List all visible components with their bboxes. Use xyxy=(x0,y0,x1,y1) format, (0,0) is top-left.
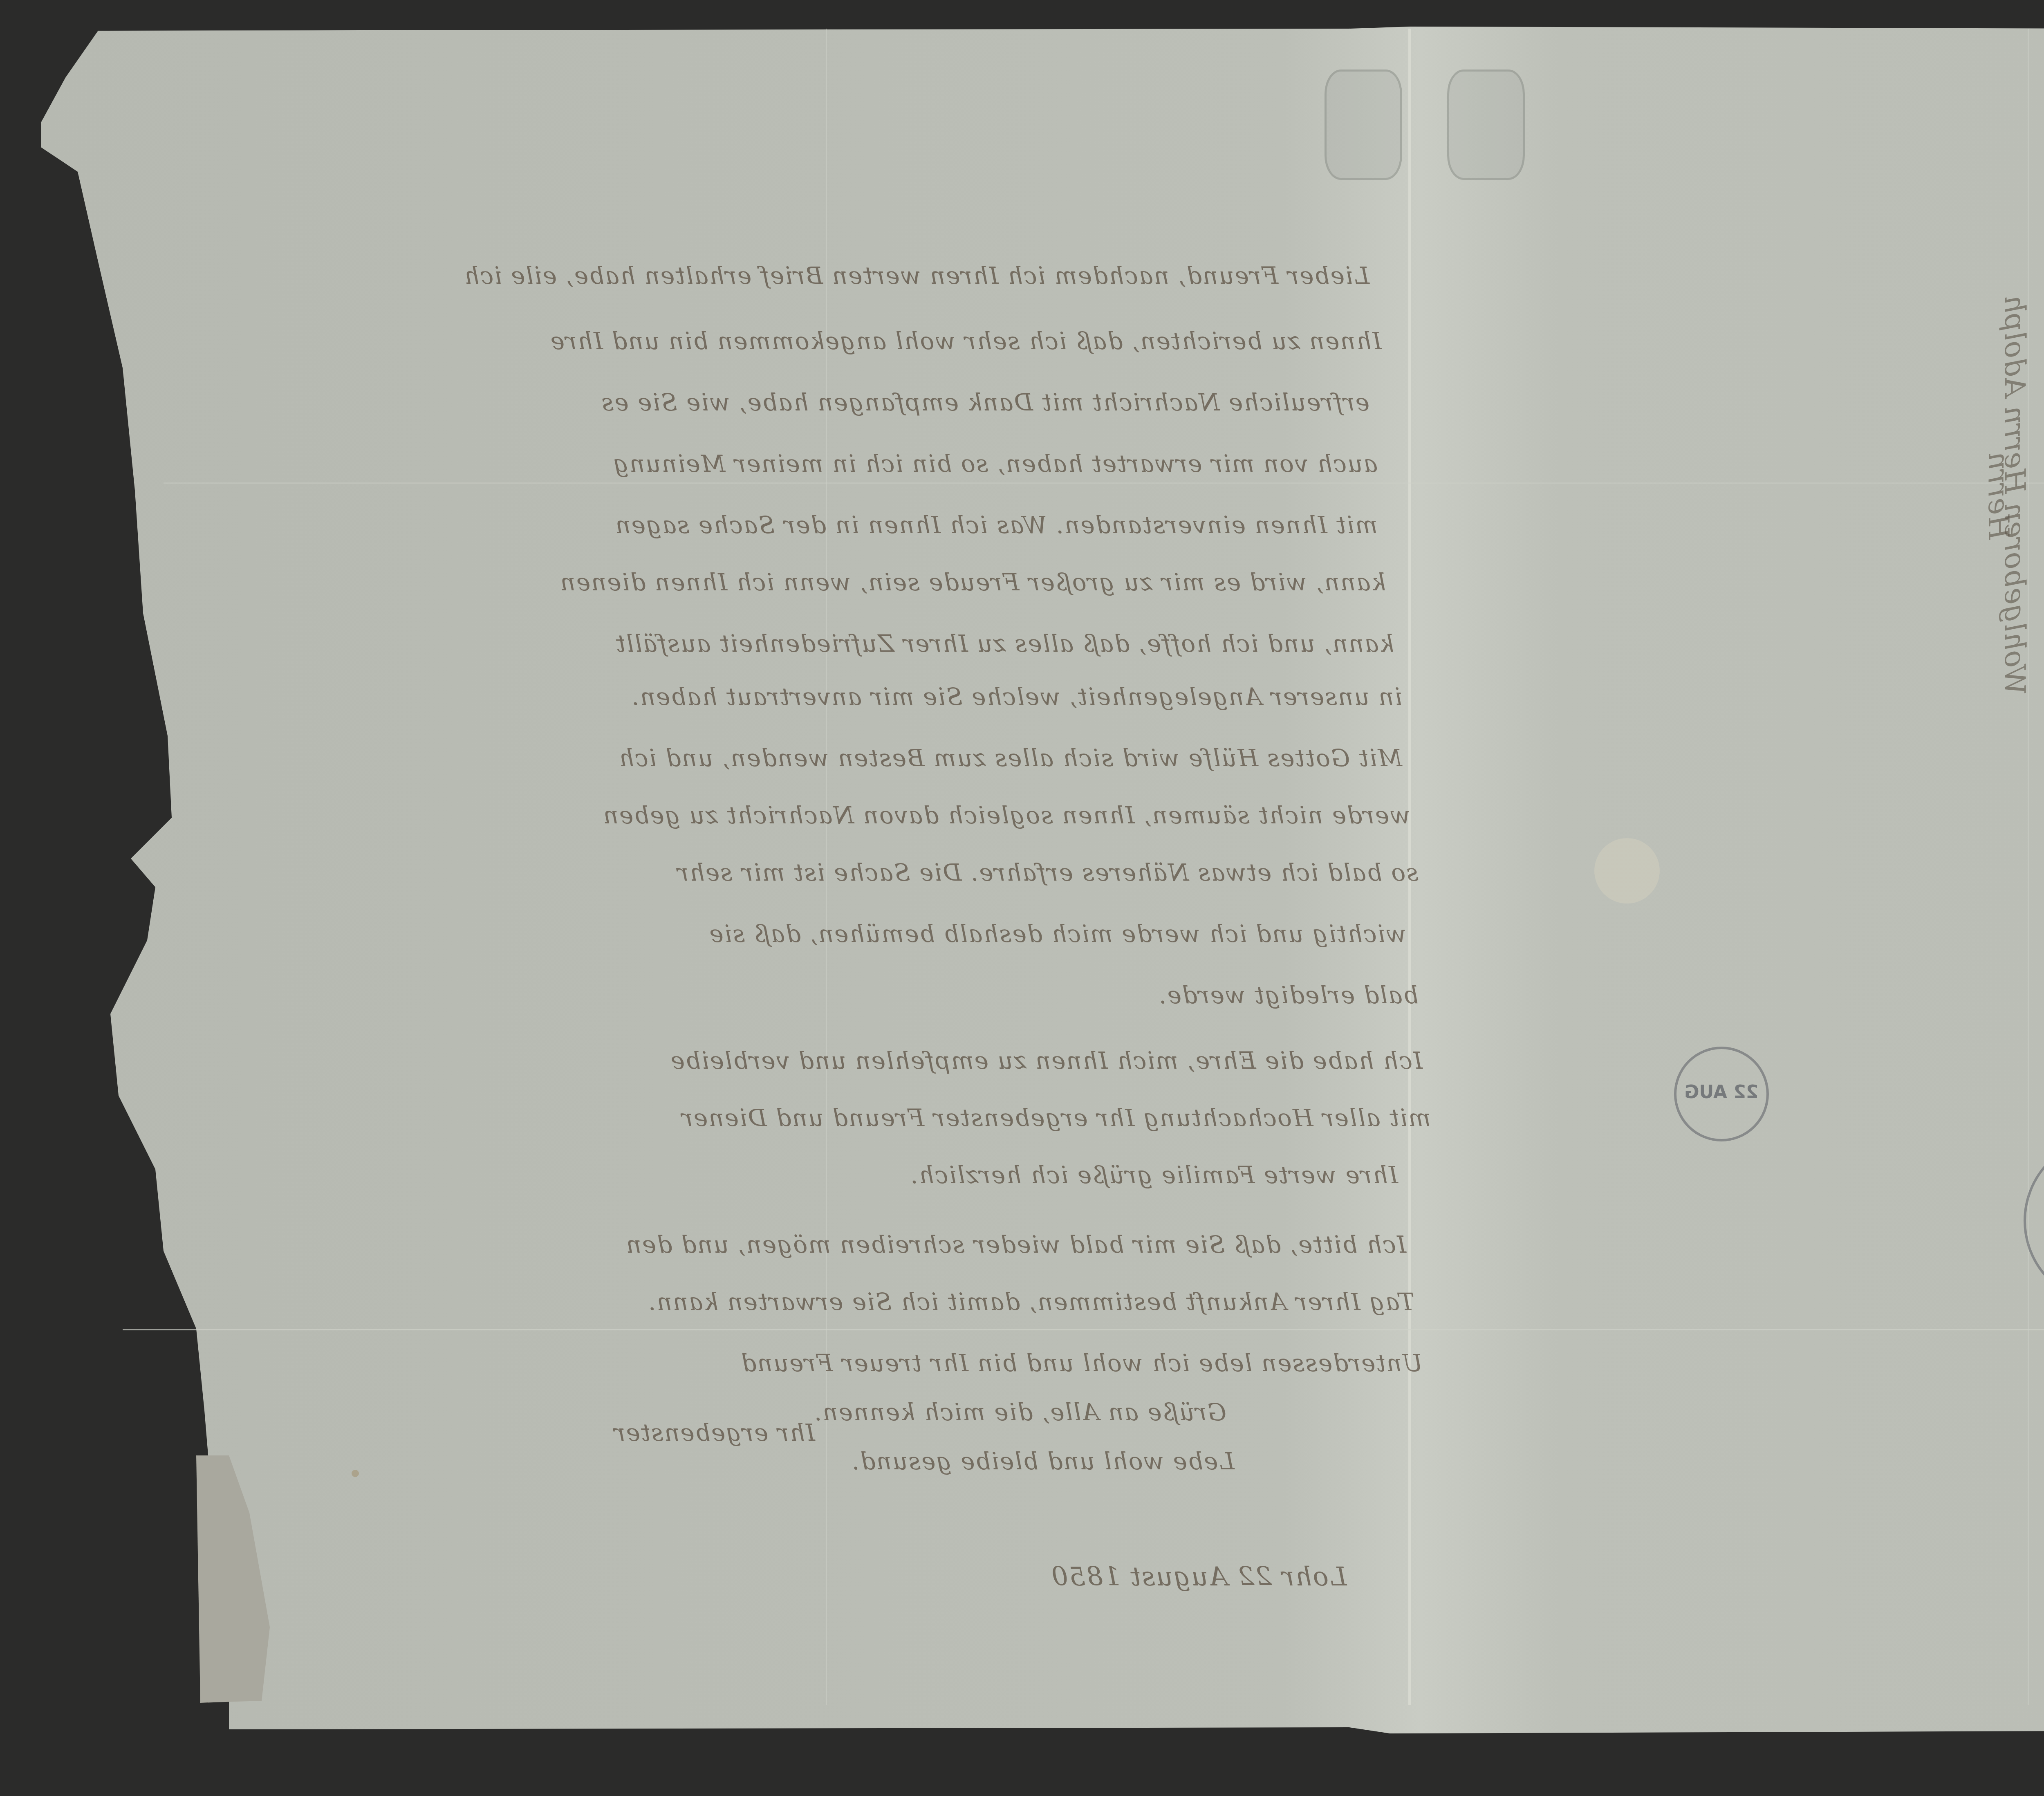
script-line: Ihnen zu berichten, daß ich sehr wohl an… xyxy=(135,327,1382,355)
script-line: so bald ich etwas Näheres erfahre. Die S… xyxy=(172,859,1419,886)
script-line: Lieber Freund, nachdem ich Ihren werten … xyxy=(123,262,1369,289)
postmark-text: FRANKFURT xyxy=(2026,1147,2044,1166)
postmark-text: 22 AUG xyxy=(1676,1082,1766,1103)
date-line: Lohr 22 August 1850 xyxy=(1051,1562,1347,1592)
script-line: mit aller Hochachtung Ihr ergebenster Fr… xyxy=(204,1104,1431,1132)
script-line: werde nicht säumen, Ihnen sogleich davon… xyxy=(164,801,1410,829)
signature: Ihr ergebenster xyxy=(613,1419,815,1446)
embossed-mark-right xyxy=(1447,70,1525,180)
horizontal-fold-upper xyxy=(164,482,2044,484)
script-line: Ich bitte, daß Sie mir bald wieder schre… xyxy=(221,1231,1406,1258)
right-fold xyxy=(2028,29,2029,1705)
script-line: Mit Gottes Hülfe wird sich alles zum Bes… xyxy=(155,744,1402,772)
script-line: Tag Ihrer Ankunft bestimmen, damit ich S… xyxy=(229,1288,1414,1316)
script-line: Ich habe die Ehre, mich Ihnen zu empfehl… xyxy=(196,1047,1423,1074)
script-line: wichtig und ich werde mich deshalb bemüh… xyxy=(180,920,1406,948)
script-line: in unserer Angelegenheit, welche Sie mir… xyxy=(155,683,1402,711)
script-line: auch von mir erwartet haben, so bin ich … xyxy=(131,450,1378,478)
script-line: Lebe wohl und bleibe gesund. xyxy=(253,1447,1235,1475)
script-line: kann, wird es mir zu großer Freude sein,… xyxy=(139,568,1386,596)
script-line: Ihre werte Familie grüße ich herzlich. xyxy=(213,1161,1398,1189)
script-line: kann, und ich hoffe, daß alles zu Ihrer … xyxy=(147,630,1394,657)
script-line: erfreuliche Nachricht mit Dank empfangen… xyxy=(123,388,1369,416)
script-line: Unterdessen lebe ich wohl und bin Ihr tr… xyxy=(237,1349,1423,1377)
embossed-mark-left xyxy=(1325,70,1402,180)
horizontal-fold-lower xyxy=(123,1329,2044,1330)
postmark-date-stamp: 22 AUG xyxy=(1674,1047,1769,1141)
address-line: Wohlgeboren Herrn Adolph xyxy=(1998,295,2032,695)
seal-remnant xyxy=(1594,838,1660,904)
script-line: mit Ihnen einverstanden. Was ich Ihnen i… xyxy=(131,511,1378,539)
foxing-stain xyxy=(352,1470,359,1477)
script-line: bald erledigt werde. xyxy=(192,981,1419,1009)
